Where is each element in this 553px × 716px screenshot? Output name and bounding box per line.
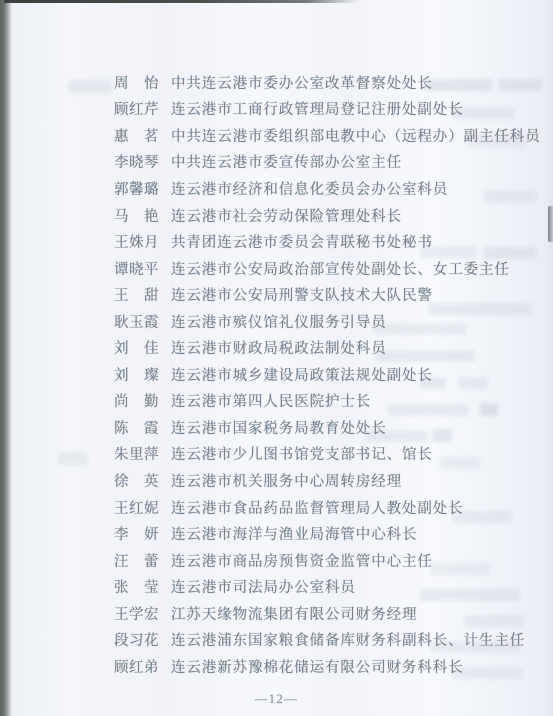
honoree-name: 王 甜 bbox=[114, 284, 162, 305]
list-item: 谭晓平连云港市公安局政治部宣传处副处长、女工委主任 bbox=[114, 255, 549, 282]
scan-edge-top bbox=[4, 0, 360, 3]
honoree-name: 惠 茗 bbox=[114, 125, 162, 146]
honoree-title: 连云港市司法局办公室科员 bbox=[171, 576, 356, 597]
honoree-name: 张 莹 bbox=[114, 576, 162, 597]
honoree-name: 王红妮 bbox=[114, 497, 162, 518]
honoree-name: 王姝月 bbox=[114, 231, 162, 252]
honoree-title: 江苏天缘物流集团有限公司财务经理 bbox=[171, 603, 417, 624]
list-item: 段习花连云港浦东国家粮食储备库财务科副科长、计生主任 bbox=[114, 626, 549, 653]
list-item: 陈 霞连云港市国家税务局教育处处长 bbox=[114, 414, 549, 441]
honoree-name: 陈 霞 bbox=[114, 417, 162, 438]
honoree-title: 连云港新苏豫棉花储运有限公司财务科科长 bbox=[171, 656, 464, 677]
honoree-title: 连云港市第四人民医院护士长 bbox=[171, 390, 371, 411]
honoree-title: 连云港市社会劳动保险管理处科长 bbox=[171, 205, 402, 226]
honoree-name: 郭馨璐 bbox=[114, 178, 162, 199]
honoree-title: 连云港市殡仪馆礼仪服务引导员 bbox=[171, 311, 387, 332]
list-item: 顾红弟连云港新苏豫棉花储运有限公司财务科科长 bbox=[114, 653, 549, 680]
list-item: 周 怡中共连云港市委办公室改革督察处处长 bbox=[114, 69, 549, 96]
scan-edge-left bbox=[0, 0, 12, 716]
honoree-name: 耿玉霞 bbox=[114, 311, 162, 332]
list-item: 王红妮连云港市食品药品监督管理局人教处副处长 bbox=[114, 494, 549, 521]
bleed-through-mark bbox=[68, 80, 112, 93]
list-item: 汪 蕾连云港市商品房预售资金监管中心主任 bbox=[114, 547, 549, 574]
honoree-name: 段习花 bbox=[114, 629, 162, 650]
bleed-through-mark bbox=[58, 452, 88, 465]
list-item: 李 妍连云港市海洋与渔业局海管中心科长 bbox=[114, 520, 549, 547]
list-item: 马 艳连云港市社会劳动保险管理处科长 bbox=[114, 202, 549, 229]
list-item: 李晓琴中共连云港市委宣传部办公室主任 bbox=[114, 149, 549, 176]
honoree-name: 李晓琴 bbox=[114, 151, 162, 172]
honoree-title: 连云港市国家税务局教育处处长 bbox=[171, 417, 387, 438]
list-item: 王学宏江苏天缘物流集团有限公司财务经理 bbox=[114, 600, 549, 627]
honoree-title: 连云港市食品药品监督管理局人教处副处长 bbox=[171, 497, 464, 518]
honoree-title: 连云港市财政局税政法制处科员 bbox=[171, 337, 387, 358]
list-item: 尚 勤连云港市第四人民医院护士长 bbox=[114, 388, 549, 415]
honoree-name: 刘 佳 bbox=[114, 337, 162, 358]
honoree-name: 尚 勤 bbox=[114, 390, 162, 411]
honoree-name: 汪 蕾 bbox=[114, 550, 162, 571]
list-item: 张 莹连云港市司法局办公室科员 bbox=[114, 573, 549, 600]
honoree-title: 中共连云港市委宣传部办公室主任 bbox=[171, 151, 402, 172]
list-item: 王姝月共青团连云港市委员会青联秘书处秘书 bbox=[114, 228, 549, 255]
list-item: 朱里萍连云港市少儿图书馆党支部书记、馆长 bbox=[114, 441, 549, 468]
honoree-title: 连云港市工商行政管理局登记注册处副处长 bbox=[171, 98, 464, 119]
honoree-title: 连云港市城乡建设局政策法规处副处长 bbox=[171, 364, 433, 385]
honoree-name: 顾红弟 bbox=[114, 656, 162, 677]
honoree-name: 顾红芹 bbox=[114, 98, 162, 119]
honoree-title: 连云港浦东国家粮食储备库财务科副科长、计生主任 bbox=[171, 629, 525, 650]
honoree-name: 李 妍 bbox=[114, 523, 162, 544]
honoree-name: 王学宏 bbox=[114, 603, 162, 624]
list-item: 顾红芹连云港市工商行政管理局登记注册处副处长 bbox=[114, 96, 549, 123]
list-item: 郭馨璐连云港市经济和信息化委员会办公室科员 bbox=[114, 175, 549, 202]
honoree-title: 连云港市海洋与渔业局海管中心科长 bbox=[171, 523, 417, 544]
honoree-title: 连云港市机关服务中心周转房经理 bbox=[171, 470, 402, 491]
honoree-title: 连云港市商品房预售资金监管中心主任 bbox=[171, 550, 433, 571]
honoree-name: 谭晓平 bbox=[114, 258, 162, 279]
honoree-title: 连云港市少儿图书馆党支部书记、馆长 bbox=[171, 443, 433, 464]
honoree-title: 连云港市公安局刑警支队技术大队民警 bbox=[171, 284, 433, 305]
honoree-title: 共青团连云港市委员会青联秘书处秘书 bbox=[171, 231, 433, 252]
list-item: 刘 佳连云港市财政局税政法制处科员 bbox=[114, 334, 549, 361]
honoree-name: 周 怡 bbox=[114, 72, 162, 93]
list-item: 徐 英连云港市机关服务中心周转房经理 bbox=[114, 467, 549, 494]
page-number: —12— bbox=[0, 692, 553, 707]
list-item: 耿玉霞连云港市殡仪馆礼仪服务引导员 bbox=[114, 308, 549, 335]
list-item: 王 甜连云港市公安局刑警支队技术大队民警 bbox=[114, 281, 549, 308]
list-item: 刘 璨连云港市城乡建设局政策法规处副处长 bbox=[114, 361, 549, 388]
honoree-list: 周 怡中共连云港市委办公室改革督察处处长顾红芹连云港市工商行政管理局登记注册处副… bbox=[114, 69, 549, 680]
honoree-name: 马 艳 bbox=[114, 205, 162, 226]
honoree-title: 连云港市经济和信息化委员会办公室科员 bbox=[171, 178, 448, 199]
honoree-name: 刘 璨 bbox=[114, 364, 162, 385]
honoree-name: 朱里萍 bbox=[114, 443, 162, 464]
honoree-title: 连云港市公安局政治部宣传处副处长、女工委主任 bbox=[171, 258, 510, 279]
list-item: 惠 茗中共连云港市委组织部电教中心（远程办）副主任科员 bbox=[114, 122, 549, 149]
honoree-name: 徐 英 bbox=[114, 470, 162, 491]
honoree-title: 中共连云港市委办公室改革督察处处长 bbox=[171, 72, 433, 93]
honoree-title: 中共连云港市委组织部电教中心（远程办）副主任科员 bbox=[171, 125, 541, 146]
